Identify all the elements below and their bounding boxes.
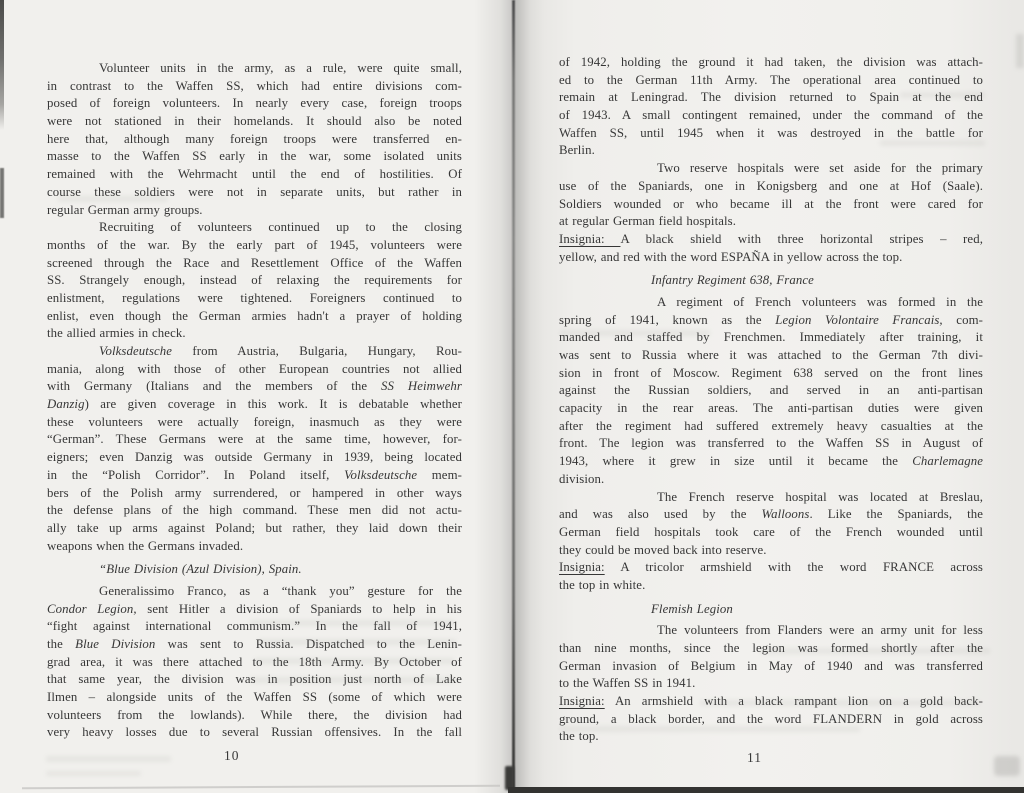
text-line: screened through the Race and Resettleme… (47, 255, 462, 273)
text-segment: weapons when the Germans invaded. (47, 539, 243, 553)
paragraph: The volunteers from Flanders were an arm… (559, 622, 983, 693)
text-segment: after the regiment had suffered extremel… (559, 419, 983, 433)
ghost-text-artifact (560, 330, 710, 336)
text-segment: posed of foreign volunteers. In nearly e… (47, 96, 462, 110)
text-line: and was also used by the Walloons. Like … (559, 506, 983, 524)
section-heading: “Blue Division (Azul Division), Spain. (47, 561, 462, 579)
page-number-right: 11 (747, 750, 762, 766)
text-segment: volunteers from the lowlands). While the… (47, 708, 462, 722)
text-line: of 1942, holding the ground it had taken… (559, 54, 983, 72)
text-line: posed of foreign volunteers. In nearly e… (47, 95, 462, 113)
section-heading: Flemish Legion (559, 601, 983, 619)
text-segment: The volunteers from Flanders were an arm… (657, 623, 983, 637)
text-segment: enlistment, regulations were tightened. … (47, 291, 462, 305)
paragraph: A regiment of French volunteers was form… (559, 294, 983, 489)
text-segment: mem- (417, 468, 462, 482)
text-line: capacity in the rear areas. The anti-par… (559, 400, 983, 418)
text-segment: bers of the Polish army surrendered, or … (47, 486, 462, 500)
insignia-note: Insignia: A black shield with three hori… (559, 231, 983, 266)
text-line: German field hospitals took care of the … (559, 524, 983, 542)
text-segment: 1943, where it grew in size until it bec… (559, 454, 912, 468)
underlined-label: Insignia: (559, 232, 620, 246)
ghost-text-artifact (900, 92, 985, 98)
page-right-text: of 1942, holding the ground it had taken… (559, 54, 983, 746)
text-line: at regular German field hospitals. (559, 213, 983, 231)
text-segment: remained with the Wehrmacht until the en… (47, 167, 462, 181)
text-segment: masse to the Waffen SS early in the war,… (47, 149, 462, 163)
text-segment: ally take up arms against Poland; but ra… (47, 521, 462, 535)
text-line: The volunteers from Flanders were an arm… (559, 622, 983, 640)
text-line: these volunteers were actually foreign, … (47, 414, 462, 432)
text-line: ally take up arms against Poland; but ra… (47, 520, 462, 538)
text-segment: Recruiting of volunteers continued up to… (99, 220, 462, 234)
text-segment: months of the war. By the early part of … (47, 238, 462, 252)
text-segment: ed to the German 11th Army. The operatio… (559, 73, 983, 87)
text-segment: to the Waffen SS in 1941. (559, 676, 695, 690)
text-line: against the Russian soldiers, and served… (559, 382, 983, 400)
text-segment: The French reserve hospital was located … (657, 490, 983, 504)
paragraph: Two reserve hospitals were set aside for… (559, 160, 983, 231)
text-line: after the regiment had suffered extremel… (559, 418, 983, 436)
text-segment: mania, along with those of other Europea… (47, 362, 462, 376)
spine-shadow-right (515, 0, 545, 793)
book-scan: Volunteer units in the army, as a rule, … (0, 0, 1024, 793)
text-line: 1943, where it grew in size until it bec… (559, 453, 983, 471)
page-number-left: 10 (224, 748, 240, 764)
text-line: bers of the Polish army surrendered, or … (47, 485, 462, 503)
text-line: in the “Polish Corridor”. In Poland itse… (47, 467, 462, 485)
ghost-text-artifact (700, 700, 980, 706)
ghost-text-artifact (880, 140, 985, 146)
italic-term: Danzig (47, 397, 85, 411)
text-line: Ilmen – alongside units of the Waffen SS… (47, 689, 462, 707)
text-line: “German”. These Germans were at the same… (47, 431, 462, 449)
italic-term: “Blue Division (Azul Division), Spain. (99, 562, 302, 576)
text-segment: enlist, even though the German armies ha… (47, 309, 462, 323)
text-line: Volunteer units in the army, as a rule, … (47, 60, 462, 78)
text-segment: here that, although many foreign troops … (47, 132, 462, 146)
text-segment: with Germany (Italians and the members o… (47, 379, 381, 393)
ghost-text-artifact (46, 756, 171, 762)
italic-term: Condor Legion, (47, 602, 137, 616)
text-segment: Volunteer units in the army, as a rule, … (99, 61, 462, 75)
text-segment: eigners; even Danzig was outside Germany… (47, 450, 462, 464)
text-segment: use of the Spaniards, one in Konigsberg … (559, 179, 983, 193)
text-segment: division. (559, 472, 604, 486)
text-segment: in contrast to the Waffen SS, which had … (47, 79, 462, 93)
text-segment: Generalissimo Franco, as a “thank you” g… (99, 584, 462, 598)
text-line: SS. Strangely enough, instead of relaxin… (47, 272, 462, 290)
text-line: with Germany (Italians and the members o… (47, 378, 462, 396)
text-segment: was sent to Russia where it was attached… (559, 348, 983, 362)
text-line: regular German army groups. (47, 202, 462, 220)
text-segment: German invasion of Belgium in May of 194… (559, 659, 983, 673)
text-segment: of 1942, holding the ground it had taken… (559, 55, 983, 69)
scan-edge-left (0, 0, 4, 130)
page-left: Volunteer units in the army, as a rule, … (0, 0, 512, 793)
text-segment: very heavy losses due to several Russian… (47, 725, 462, 739)
text-line: Insignia: A black shield with three hori… (559, 231, 983, 249)
italic-term: SS Heimwehr (381, 379, 462, 393)
text-segment: Waffen SS, until 1945 when it was destro… (559, 126, 983, 140)
text-segment: ground, a black border, and the word FLA… (559, 712, 983, 726)
text-line: the top in white. (559, 577, 983, 595)
text-line: A regiment of French volunteers was form… (559, 294, 983, 312)
text-line: spring of 1941, known as the Legion Volo… (559, 312, 983, 330)
paragraph: Recruiting of volunteers continued up to… (47, 219, 462, 343)
underlined-label: Insignia: (559, 560, 605, 574)
text-segment: ) are given coverage in this work. It is… (85, 397, 462, 411)
page-right: of 1942, holding the ground it had taken… (514, 0, 1024, 793)
text-line: remained with the Wehrmacht until the en… (47, 166, 462, 184)
ghost-text-artifact (258, 639, 456, 645)
text-line: “Blue Division (Azul Division), Spain. (47, 561, 462, 579)
text-segment: Berlin. (559, 143, 595, 157)
text-segment: the defense plans of the high command. T… (47, 503, 462, 517)
text-line: Recruiting of volunteers continued up to… (47, 219, 462, 237)
text-segment: against the Russian soldiers, and served… (559, 383, 983, 397)
text-line: front. The legion was transferred to the… (559, 435, 983, 453)
scan-edge-right-mark (994, 756, 1020, 776)
text-line: eigners; even Danzig was outside Germany… (47, 449, 462, 467)
text-segment: at regular German field hospitals. (559, 214, 736, 228)
text-line: German invasion of Belgium in May of 194… (559, 658, 983, 676)
text-segment: they could be moved back into reserve. (559, 543, 767, 557)
text-segment: yellow, and red with the word ESPAÑA in … (559, 250, 902, 264)
text-line: enlistment, regulations were tightened. … (47, 290, 462, 308)
italic-term: Legion Volontaire Francais, (775, 313, 942, 327)
scan-edge-right-smudge (1016, 34, 1024, 68)
spine-shadow-left (474, 0, 512, 793)
text-line: mania, along with those of other Europea… (47, 361, 462, 379)
ghost-text-artifact (560, 726, 860, 732)
text-segment: A black shield with three horizontal str… (620, 232, 983, 246)
text-line: division. (559, 471, 983, 489)
text-line: use of the Spaniards, one in Konigsberg … (559, 178, 983, 196)
ghost-text-artifact (58, 196, 168, 202)
book-spine (512, 0, 515, 793)
italic-term: Infantry Regiment 638, France (651, 273, 814, 287)
text-line: the allied armies in check. (47, 325, 462, 343)
text-line: here that, although many foreign troops … (47, 131, 462, 149)
text-segment: were not stationed in their homelands. I… (47, 114, 462, 128)
text-line: Volksdeutsche from Austria, Bulgaria, Hu… (47, 343, 462, 361)
text-line: masse to the Waffen SS early in the war,… (47, 148, 462, 166)
text-segment: A tricolor armshield with the word FRANC… (605, 560, 983, 574)
text-line: yellow, and red with the word ESPAÑA in … (559, 249, 983, 267)
italic-term: Volksdeutsche (99, 344, 172, 358)
text-segment: regular German army groups. (47, 203, 203, 217)
text-line: enlist, even though the German armies ha… (47, 308, 462, 326)
scan-edge-bottom (508, 787, 1024, 793)
text-segment: com- (943, 313, 983, 327)
text-line: Insignia: A tricolor armshield with the … (559, 559, 983, 577)
paragraph: The French reserve hospital was located … (559, 489, 983, 560)
text-segment: sent Hitler a division of Spaniards to h… (137, 602, 462, 616)
text-line: weapons when the Germans invaded. (47, 538, 462, 556)
text-line: Flemish Legion (559, 601, 983, 619)
text-line: Condor Legion, sent Hitler a division of… (47, 601, 462, 619)
text-line: in contrast to the Waffen SS, which had … (47, 78, 462, 96)
ghost-text-artifact (250, 677, 455, 683)
text-segment: German field hospitals took care of the … (559, 525, 983, 539)
ghost-text-artifact (250, 620, 455, 626)
section-heading: Infantry Regiment 638, France (559, 272, 983, 290)
italic-term: Volksdeutsche (344, 468, 417, 482)
text-segment: . Like the Spaniards, the (810, 507, 984, 521)
text-segment: sion in front of Moscow. Regiment 638 se… (559, 366, 983, 380)
text-segment: the (47, 637, 75, 651)
text-segment: Two reserve hospitals were set aside for… (657, 161, 983, 175)
scan-edge-left-mark (0, 168, 4, 218)
text-segment: A regiment of French volunteers was form… (657, 295, 983, 309)
ghost-text-artifact (760, 648, 990, 654)
underlined-label: Insignia: (559, 694, 605, 708)
text-line: Generalissimo Franco, as a “thank you” g… (47, 583, 462, 601)
text-line: ed to the German 11th Army. The operatio… (559, 72, 983, 90)
text-segment: from Austria, Bulgaria, Hungary, Rou- (172, 344, 462, 358)
text-segment: SS. Strangely enough, instead of relaxin… (47, 273, 462, 287)
text-segment: Soldiers wounded or who became ill at th… (559, 197, 983, 211)
text-line: Infantry Regiment 638, France (559, 272, 983, 290)
text-segment: spring of 1941, known as the (559, 313, 775, 327)
text-segment: of 1943. A small contingent remained, un… (559, 108, 983, 122)
paragraph: Volksdeutsche from Austria, Bulgaria, Hu… (47, 343, 462, 555)
text-line: Two reserve hospitals were set aside for… (559, 160, 983, 178)
text-line: they could be moved back into reserve. (559, 542, 983, 560)
italic-term: Flemish Legion (651, 602, 733, 616)
text-segment: the allied armies in check. (47, 326, 186, 340)
text-line: of 1943. A small contingent remained, un… (559, 107, 983, 125)
text-line: The French reserve hospital was located … (559, 489, 983, 507)
text-segment: in the “Polish Corridor”. In Poland itse… (47, 468, 344, 482)
italic-term: Blue Division (75, 637, 155, 651)
text-line: to the Waffen SS in 1941. (559, 675, 983, 693)
text-line: sion in front of Moscow. Regiment 638 se… (559, 365, 983, 383)
italic-term: Walloons (762, 507, 810, 521)
text-line: Danzig) are given coverage in this work.… (47, 396, 462, 414)
text-segment: capacity in the rear areas. The anti-par… (559, 401, 983, 415)
italic-term: Charlemagne (912, 454, 983, 468)
ghost-text-artifact (254, 658, 454, 664)
text-segment: and was also used by the (559, 507, 762, 521)
text-segment: “German”. These Germans were at the same… (47, 432, 462, 446)
text-line: the defense plans of the high command. T… (47, 502, 462, 520)
text-line: months of the war. By the early part of … (47, 237, 462, 255)
ghost-text-artifact (46, 771, 141, 776)
text-segment: screened through the Race and Resettleme… (47, 256, 462, 270)
text-line: very heavy losses due to several Russian… (47, 724, 462, 742)
text-segment: front. The legion was transferred to the… (559, 436, 983, 450)
text-line: Soldiers wounded or who became ill at th… (559, 196, 983, 214)
text-segment: these volunteers were actually foreign, … (47, 415, 462, 429)
insignia-note: Insignia: A tricolor armshield with the … (559, 559, 983, 594)
text-line: was sent to Russia where it was attached… (559, 347, 983, 365)
text-line: volunteers from the lowlands). While the… (47, 707, 462, 725)
text-segment: the top in white. (559, 578, 645, 592)
text-line: were not stationed in their homelands. I… (47, 113, 462, 131)
text-segment: Ilmen – alongside units of the Waffen SS… (47, 690, 462, 704)
